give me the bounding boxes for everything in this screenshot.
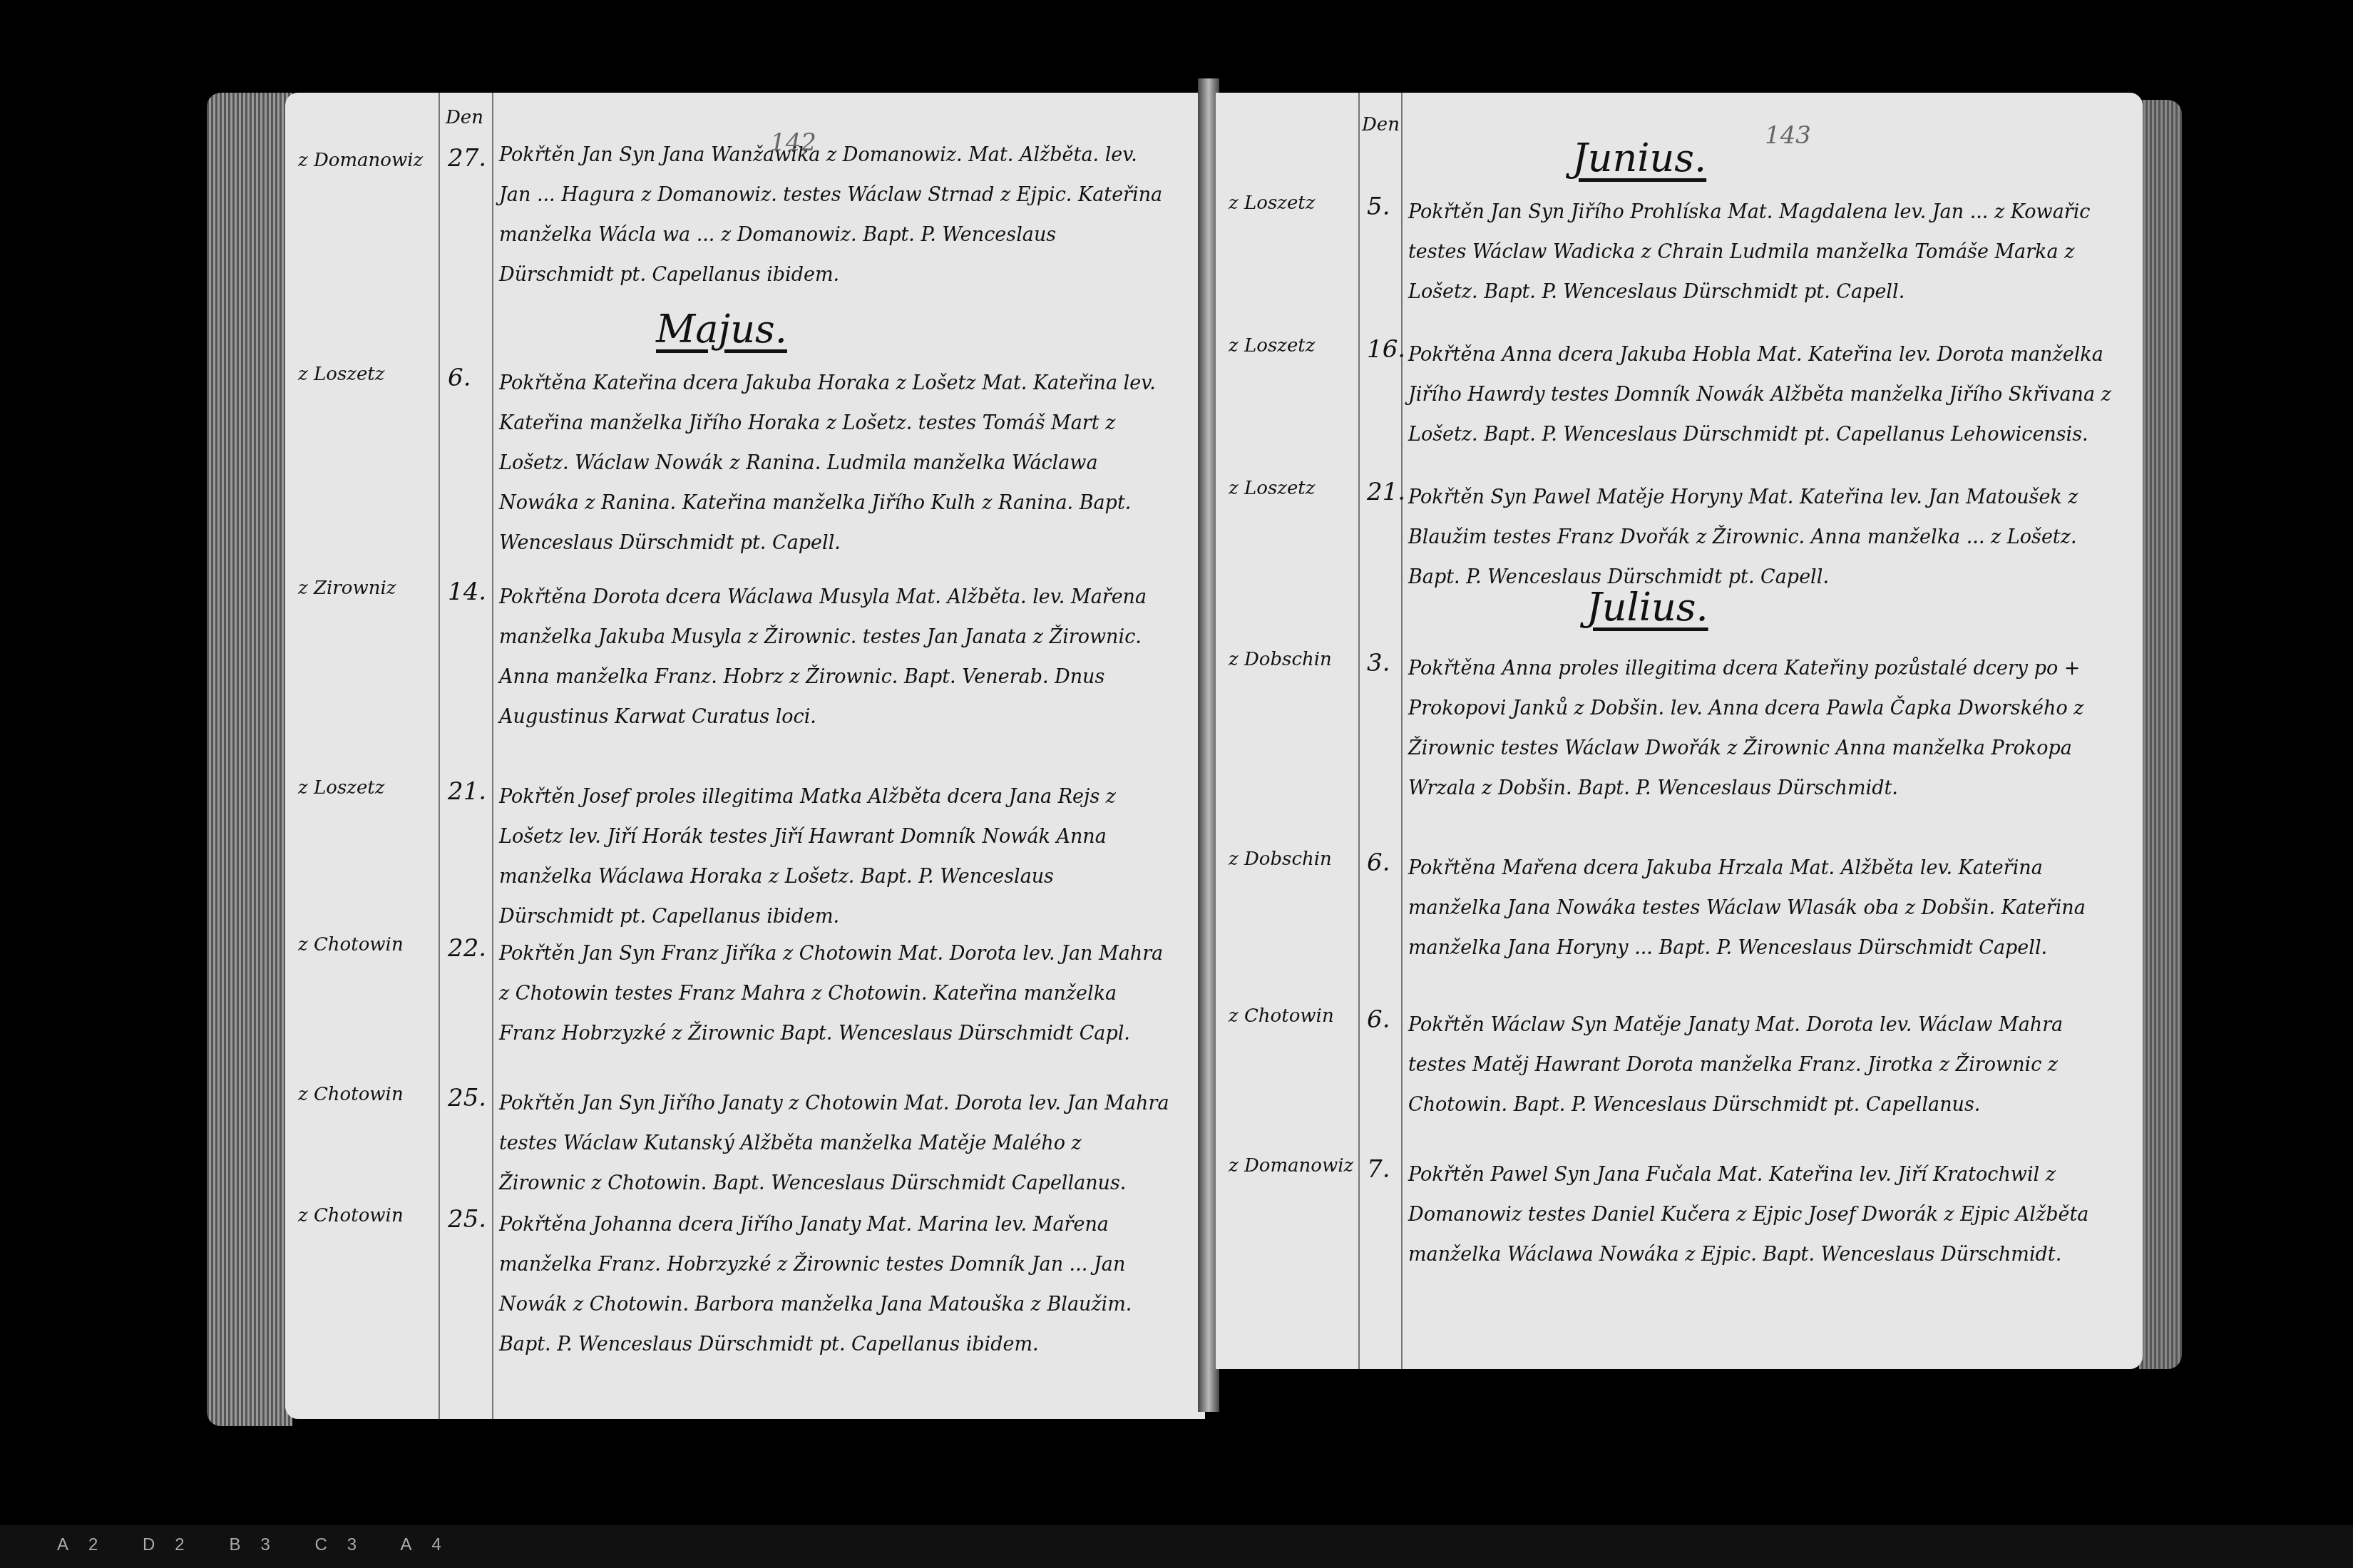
column-rule: [1358, 93, 1360, 1369]
microfilm-strip: A2 D2 B3 C3 A4: [0, 1525, 2353, 1568]
month-heading: Julius.: [1586, 585, 1708, 630]
left-page: Den 142 z Domanowiz 27. Pokřtěn Jan Syn …: [285, 93, 1205, 1419]
film-marks: A2 D2 B3 C3 A4: [57, 1535, 461, 1555]
month-heading: Majus.: [656, 307, 787, 352]
day-column-header: Den: [1362, 114, 1400, 135]
day-column-header: Den: [446, 107, 483, 128]
column-rule: [492, 93, 493, 1419]
month-heading: Junius.: [1572, 135, 1706, 180]
page-number: 143: [1765, 121, 1811, 150]
column-rule: [439, 93, 440, 1419]
book-page-edges-right: [2139, 100, 2182, 1369]
book-page-edges-left: [207, 93, 292, 1426]
right-page: Den 143 Junius. z Loszetz 5. Pokřtěn Jan…: [1216, 93, 2143, 1369]
